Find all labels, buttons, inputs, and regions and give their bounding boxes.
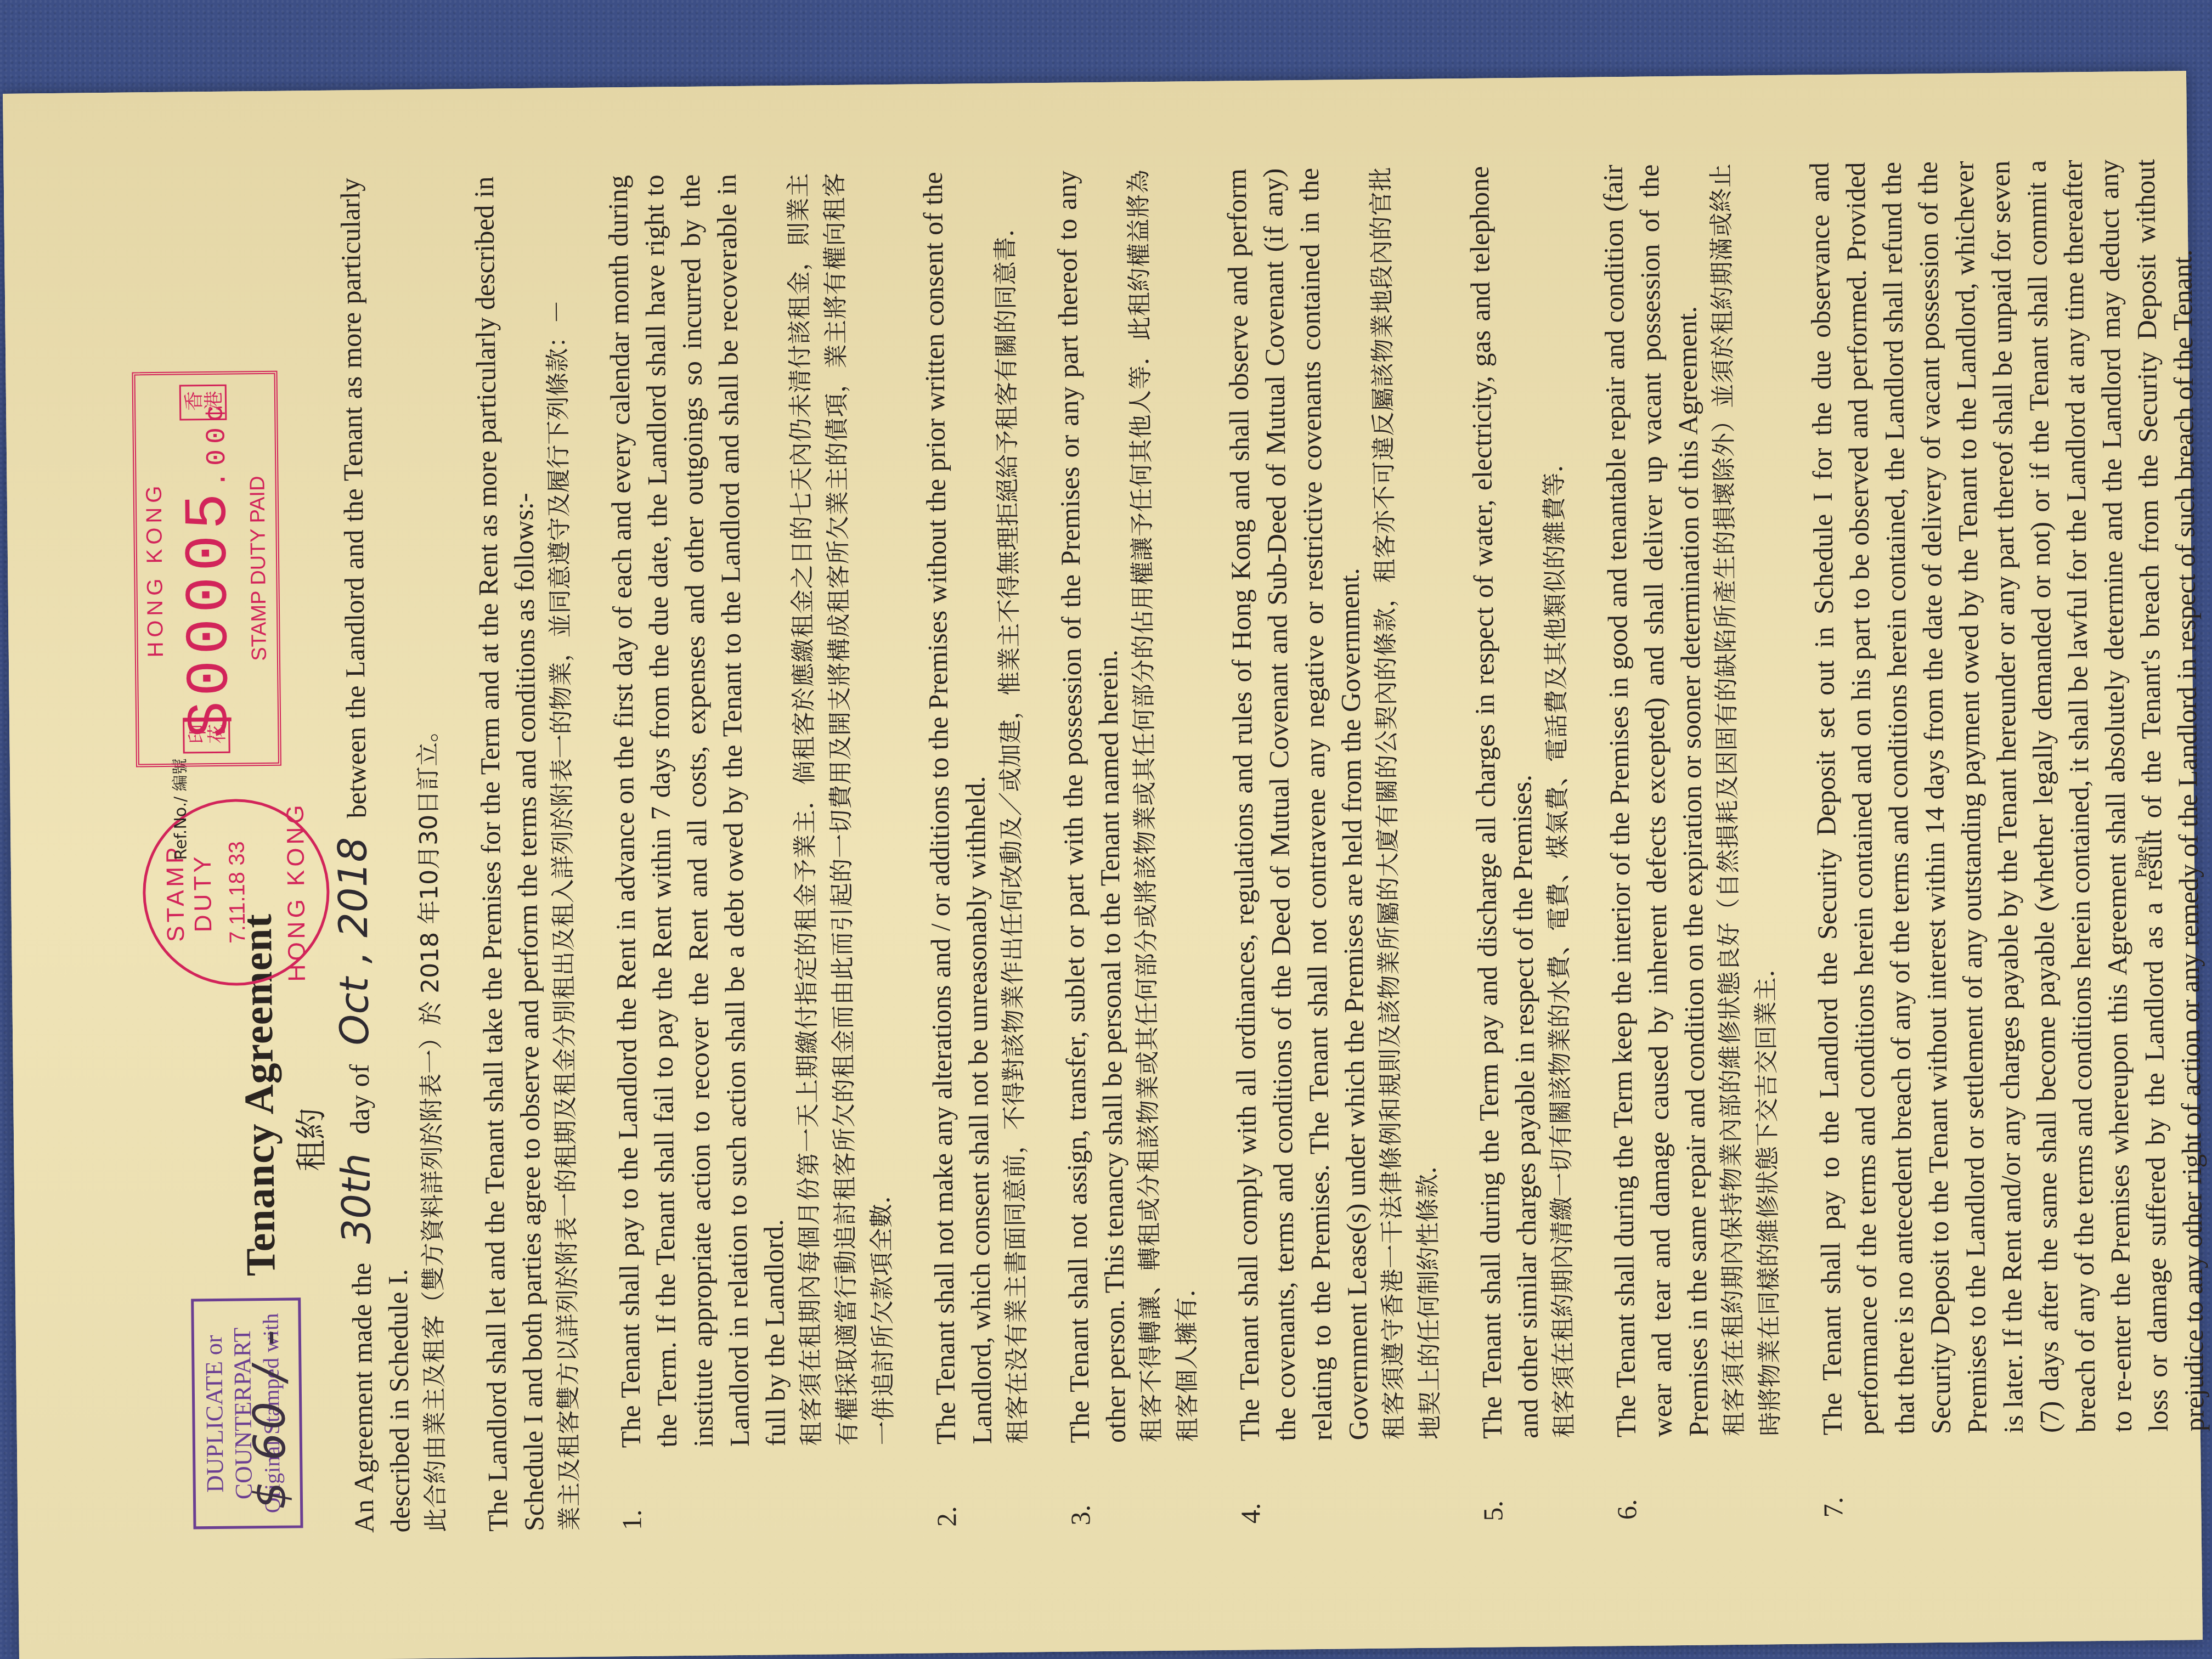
handwritten-day: 30th — [332, 1153, 380, 1244]
document-title-zh: 租約 — [285, 1108, 332, 1172]
clause-1: 1. The Tenant shall pay to the Landlord … — [600, 172, 904, 1530]
ref-no-label: Ref.No./ 編號 — [166, 758, 191, 860]
handwritten-month-year: Oct , 2018 — [329, 837, 377, 1046]
clause-number: 2. — [928, 1443, 1037, 1527]
clause-number: 6. — [1608, 1436, 1790, 1520]
page-content: DUPLICATE or COUNTERPART Original Stampe… — [70, 181, 84, 1536]
preamble: The Landlord shall let and the Tenant sh… — [466, 176, 589, 1532]
clause-en: The Tenant shall comply with all ordinan… — [1218, 167, 1376, 1442]
date-stamp-date: 7.11.18 33 — [224, 802, 251, 983]
intro-paragraph: An Agreement made the 30th day of Oct , … — [328, 177, 455, 1533]
meter-header: HONG KONG — [141, 375, 170, 764]
clause-en: The Tenant shall pay to the Landlord the… — [600, 173, 794, 1448]
clause-zh: 租客須在租期內每個月份第一天上期繳付指定的租金予業主．倘租客於應繳租金之日的七天… — [781, 172, 902, 1446]
clause-5: 5. The Tenant shall during the Term pay … — [1461, 165, 1584, 1521]
clause-number: 4. — [1232, 1439, 1450, 1523]
meter-amount-value: $00005 — [175, 487, 246, 738]
meter-zh-right: 香港 — [179, 385, 227, 421]
clause-3: 3. The Tenant shall not assign, transfer… — [1048, 169, 1207, 1526]
intro-text-1: An Agreement made the — [346, 1262, 379, 1533]
meter-footer: STAMP DUTY PAID — [245, 374, 273, 763]
clause-2: 2. The Tenant shall not make any alterat… — [915, 171, 1037, 1527]
clause-number: 5. — [1474, 1438, 1584, 1521]
meter-amount: $00005.00¢ — [174, 374, 246, 763]
clause-zh: 租客須在租約期內保持物業內部的維修狀態良好（自然損耗及因固有的缺陷所產生的損壞除… — [1703, 163, 1789, 1436]
handwritten-stamp-amount: $ 60 / - — [255, 1327, 285, 1509]
tenancy-agreement-page: DUPLICATE or COUNTERPART Original Stampe… — [3, 71, 2203, 1659]
stamp-duty-paid-meter: HONG KONG 印花 $00005.00¢ 香港 STAMP DUTY PA… — [132, 371, 281, 768]
clause-zh: 租客須遵守香港一干法律條例和規則及該物業所屬的大廈有關的公契內的條款，租客亦不可… — [1363, 167, 1449, 1440]
clause-en: The Tenant shall during the Term pay and… — [1461, 166, 1547, 1439]
agreement-body: An Agreement made the 30th day of Oct , … — [328, 159, 2212, 1533]
intro-text-2: day of — [344, 1064, 375, 1135]
clause-en: The Tenant shall not assign, transfer, s… — [1048, 170, 1134, 1443]
clause-en: The Tenant shall during the Term keep th… — [1595, 163, 1717, 1437]
clause-zh: 租客不得轉讓、轉租或分租該物業或其任何部分或將該物業或其任何部分的佔用權讓予任何… — [1121, 169, 1206, 1442]
clause-en: The Tenant shall not make any alteration… — [915, 171, 1000, 1444]
clause-4: 4. The Tenant shall comply with all ordi… — [1218, 167, 1450, 1524]
clause-number: 3. — [1062, 1442, 1207, 1526]
clause-number: 1. — [613, 1445, 904, 1531]
clause-6: 6. The Tenant shall during the Term keep… — [1595, 163, 1790, 1520]
counterpart-stamp: DUPLICATE or COUNTERPART Original Stampe… — [191, 1297, 303, 1529]
date-stamp-bottom-text: HONG KONG — [282, 801, 311, 983]
preamble-en: The Landlord shall let and the Tenant sh… — [466, 176, 552, 1532]
